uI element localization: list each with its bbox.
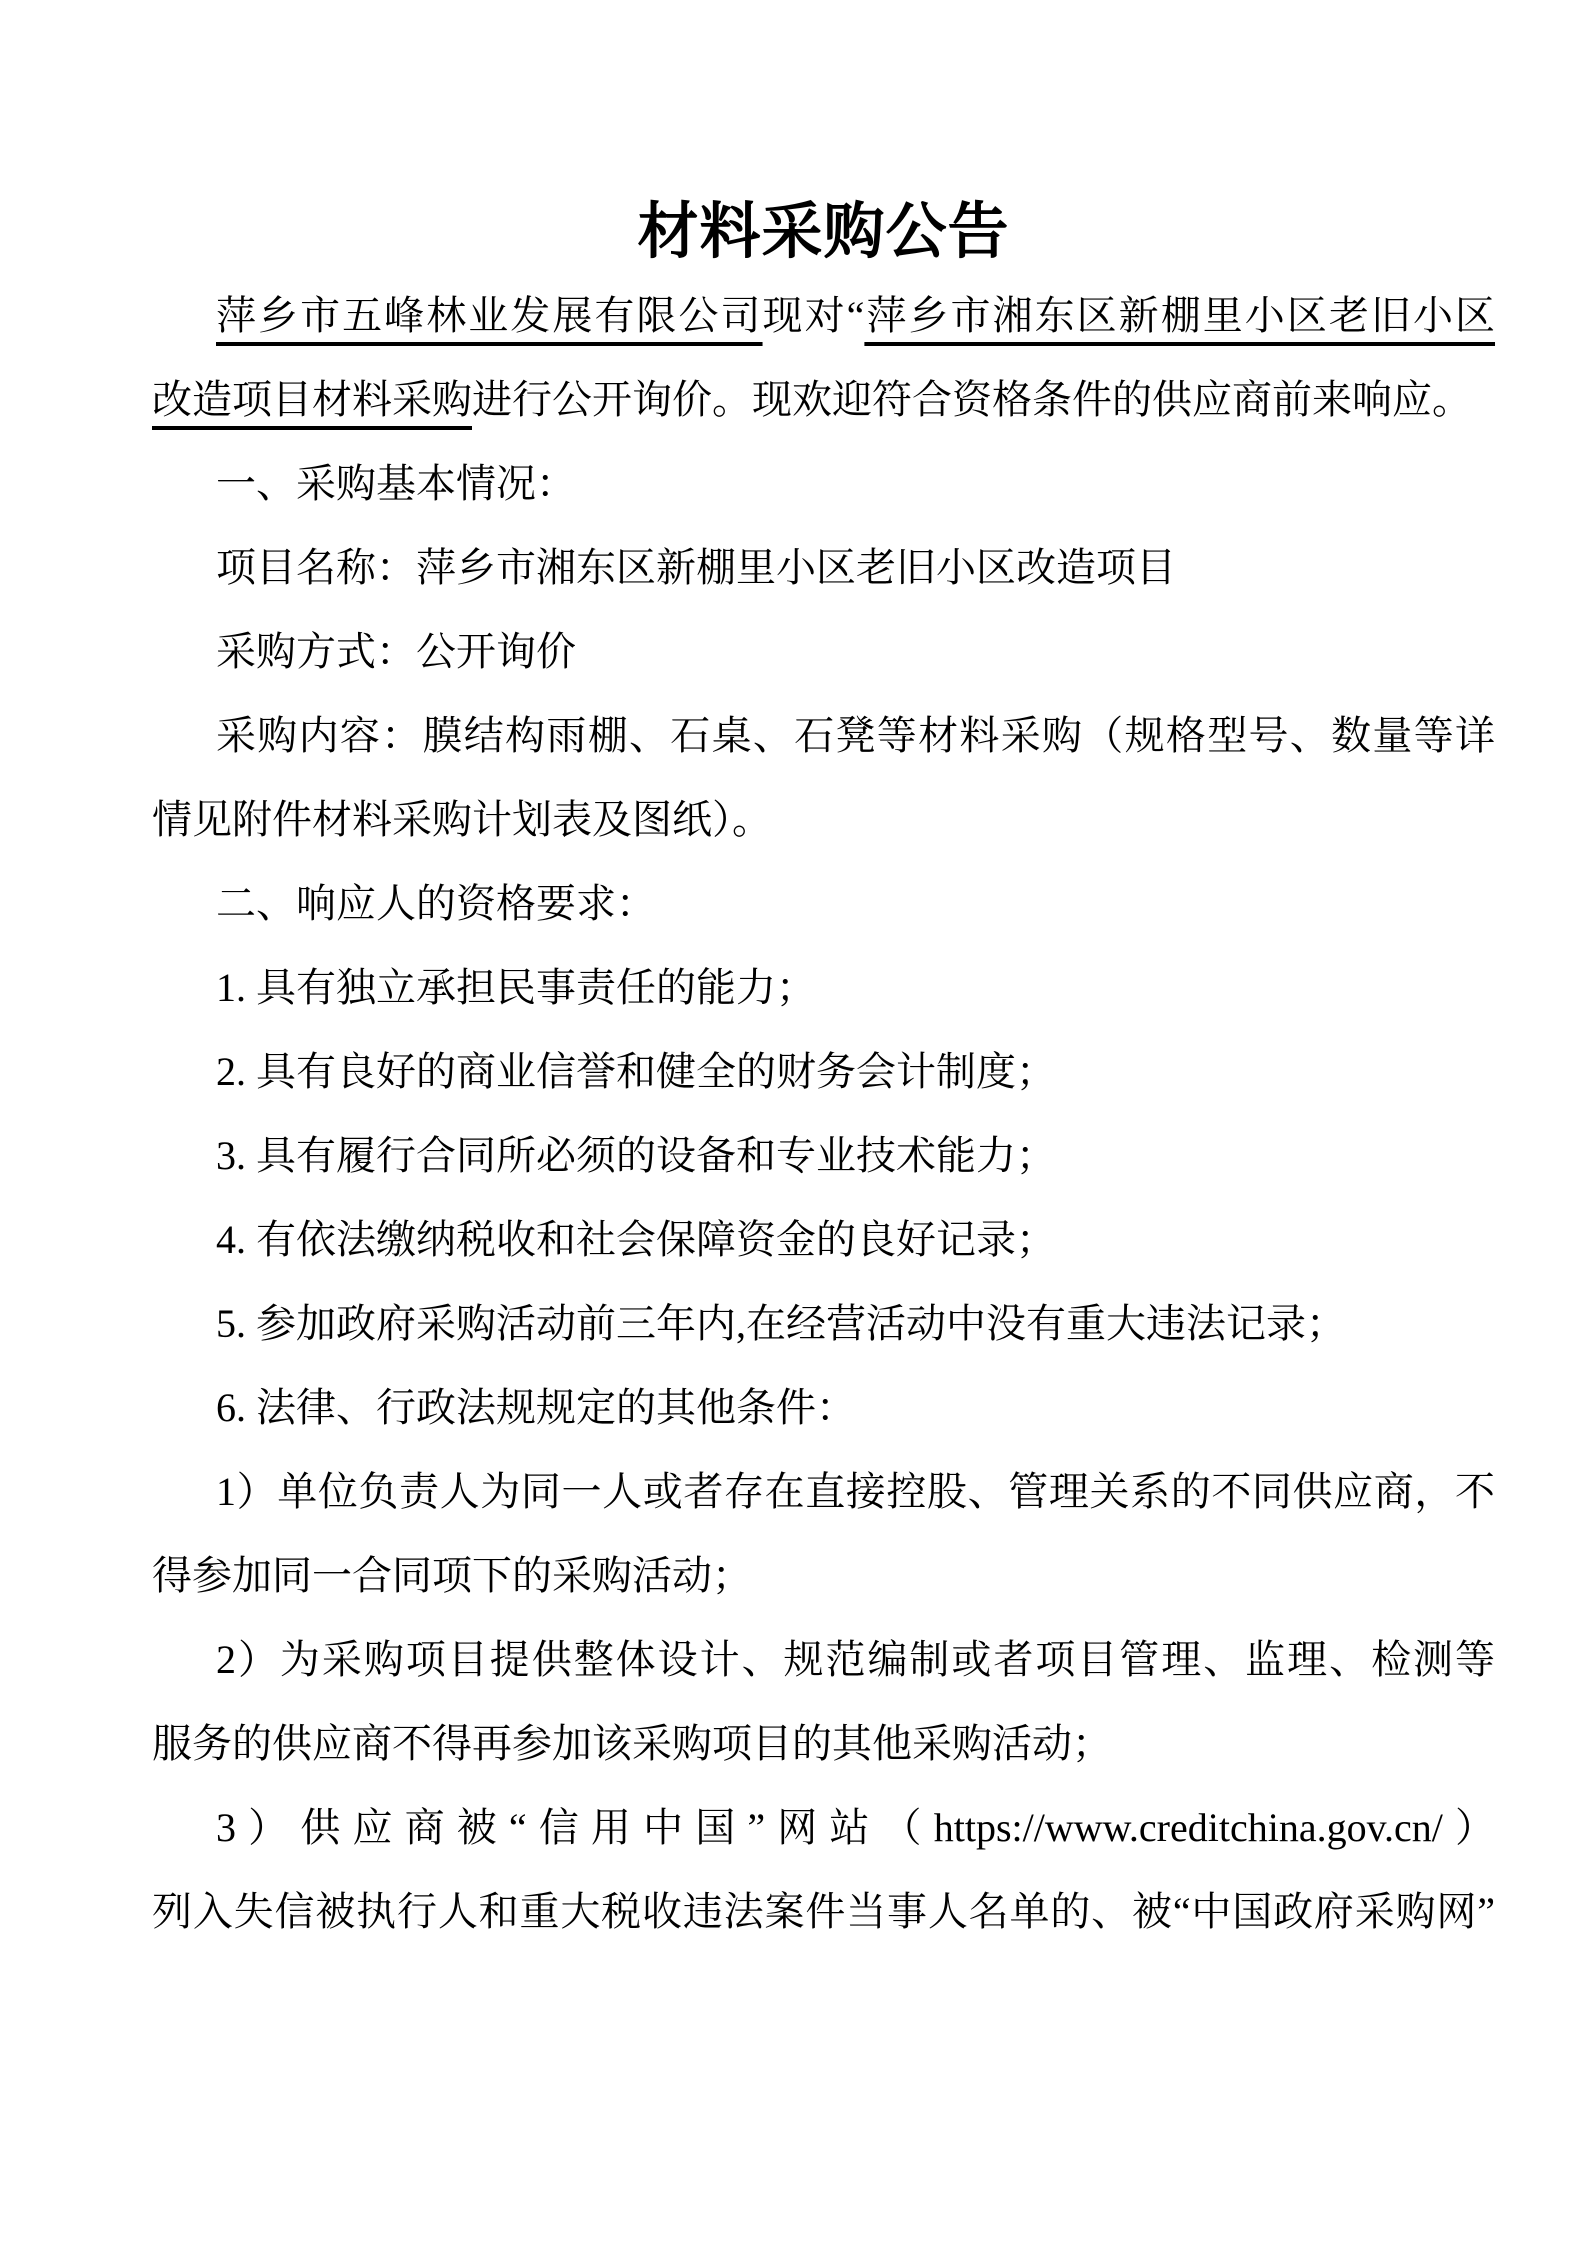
text-segment: 6. 法律、行政法规规定的其他条件： [216, 1385, 856, 1430]
procurement-method-item: 采购方式：公开询价 [152, 610, 1495, 694]
text-line: 二、响应人的资格要求： [152, 862, 1495, 946]
text-line: 1. 具有独立承担民事责任的能力； [152, 946, 1495, 1030]
credit-china-url: https://www.creditchina.gov.cn/ [934, 1805, 1443, 1850]
text-line: 情见附件材料采购计划表及图纸）。 [152, 778, 1495, 862]
text-line: 一、采购基本情况： [152, 442, 1495, 526]
text-line: 4. 有依法缴纳税收和社会保障资金的良好记录； [152, 1198, 1495, 1282]
text-segment: 4. 有依法缴纳税收和社会保障资金的良好记录； [216, 1217, 1056, 1262]
requirement-2: 2. 具有良好的商业信誉和健全的财务会计制度； [152, 1030, 1495, 1114]
text-segment: 得参加同一合同项下的采购活动； [152, 1553, 752, 1598]
text-segment: 3）供应商被“信用中国”网站（ [216, 1805, 934, 1850]
section-2-title: 二、响应人的资格要求： [216, 881, 656, 926]
text-segment: 5. 参加政府采购活动前三年内,在经营活动中没有重大违法记录； [216, 1301, 1346, 1346]
text-segment: 采购方式：公开询价 [216, 629, 576, 674]
text-line: 2）为采购项目提供整体设计、规范编制或者项目管理、监理、检测等 [152, 1618, 1495, 1702]
requirement-3: 3. 具有履行合同所必须的设备和专业技术能力； [152, 1114, 1495, 1198]
procurement-content-item: 采购内容：膜结构雨棚、石桌、石凳等材料采购（规格型号、数量等详情见附件材料采购计… [152, 694, 1495, 862]
requirement-6: 6. 法律、行政法规规定的其他条件： [152, 1366, 1495, 1450]
text-segment: 1）单位负责人为同一人或者存在直接控股、管理关系的不同供应商，不 [216, 1469, 1495, 1514]
text-segment: 采购内容：膜结构雨棚、石桌、石凳等材料采购（规格型号、数量等详 [216, 713, 1495, 758]
condition-3: 3）供应商被“信用中国”网站（https://www.creditchina.g… [152, 1786, 1495, 1954]
text-segment: 列入失信被执行人和重大税收违法案件当事人名单的、被“中国政府采购网” [152, 1889, 1495, 1934]
text-line: 得参加同一合同项下的采购活动； [152, 1534, 1495, 1618]
section-2-heading: 二、响应人的资格要求： [152, 862, 1495, 946]
document-body: 萍乡市五峰林业发展有限公司现对“萍乡市湘东区新棚里小区老旧小区改造项目材料采购进… [152, 274, 1495, 1954]
text-line: 改造项目材料采购进行公开询价。现欢迎符合资格条件的供应商前来响应。 [152, 358, 1495, 442]
text-line: 采购内容：膜结构雨棚、石桌、石凳等材料采购（规格型号、数量等详 [152, 694, 1495, 778]
text-line: 项目名称：萍乡市湘东区新棚里小区老旧小区改造项目 [152, 526, 1495, 610]
document-title: 材料采购公告 [152, 200, 1495, 262]
text-line: 列入失信被执行人和重大税收违法案件当事人名单的、被“中国政府采购网” [152, 1870, 1495, 1954]
text-segment: 进行公开询价。现欢迎符合资格条件的供应商前来响应。 [472, 377, 1472, 422]
text-line: 服务的供应商不得再参加该采购项目的其他采购活动； [152, 1702, 1495, 1786]
text-segment: 3. 具有履行合同所必须的设备和专业技术能力； [216, 1133, 1056, 1178]
text-segment: ） [1443, 1805, 1495, 1850]
section-1-heading: 一、采购基本情况： [152, 442, 1495, 526]
text-line: 1）单位负责人为同一人或者存在直接控股、管理关系的不同供应商，不 [152, 1450, 1495, 1534]
text-segment: 2）为采购项目提供整体设计、规范编制或者项目管理、监理、检测等 [216, 1637, 1495, 1682]
requirement-5: 5. 参加政府采购活动前三年内,在经营活动中没有重大违法记录； [152, 1282, 1495, 1366]
text-line: 2. 具有良好的商业信誉和健全的财务会计制度； [152, 1030, 1495, 1114]
text-segment: 2. 具有良好的商业信誉和健全的财务会计制度； [216, 1049, 1056, 1094]
text-segment: 现对“ [763, 293, 865, 338]
project-name-line2: 改造项目材料采购 [152, 377, 472, 422]
requirement-4: 4. 有依法缴纳税收和社会保障资金的良好记录； [152, 1198, 1495, 1282]
intro-paragraph: 萍乡市五峰林业发展有限公司现对“萍乡市湘东区新棚里小区老旧小区改造项目材料采购进… [152, 274, 1495, 442]
section-1-title: 一、采购基本情况： [216, 461, 576, 506]
text-segment: 1. 具有独立承担民事责任的能力； [216, 965, 816, 1010]
project-name-line1: 萍乡市湘东区新棚里小区老旧小区 [864, 293, 1495, 338]
condition-1: 1）单位负责人为同一人或者存在直接控股、管理关系的不同供应商，不得参加同一合同项… [152, 1450, 1495, 1618]
requirement-1: 1. 具有独立承担民事责任的能力； [152, 946, 1495, 1030]
buyer-company-name: 萍乡市五峰林业发展有限公司 [216, 293, 763, 338]
text-segment: 情见附件材料采购计划表及图纸）。 [152, 797, 772, 842]
text-segment: 项目名称：萍乡市湘东区新棚里小区老旧小区改造项目 [216, 545, 1176, 590]
project-name-item: 项目名称：萍乡市湘东区新棚里小区老旧小区改造项目 [152, 526, 1495, 610]
text-line: 3）供应商被“信用中国”网站（https://www.creditchina.g… [152, 1786, 1495, 1870]
document-page: 材料采购公告 萍乡市五峰林业发展有限公司现对“萍乡市湘东区新棚里小区老旧小区改造… [0, 0, 1587, 2245]
text-line: 采购方式：公开询价 [152, 610, 1495, 694]
text-line: 6. 法律、行政法规规定的其他条件： [152, 1366, 1495, 1450]
text-line: 3. 具有履行合同所必须的设备和专业技术能力； [152, 1114, 1495, 1198]
text-line: 5. 参加政府采购活动前三年内,在经营活动中没有重大违法记录； [152, 1282, 1495, 1366]
text-line: 萍乡市五峰林业发展有限公司现对“萍乡市湘东区新棚里小区老旧小区 [152, 274, 1495, 358]
text-segment: 服务的供应商不得再参加该采购项目的其他采购活动； [152, 1721, 1112, 1766]
condition-2: 2）为采购项目提供整体设计、规范编制或者项目管理、监理、检测等服务的供应商不得再… [152, 1618, 1495, 1786]
